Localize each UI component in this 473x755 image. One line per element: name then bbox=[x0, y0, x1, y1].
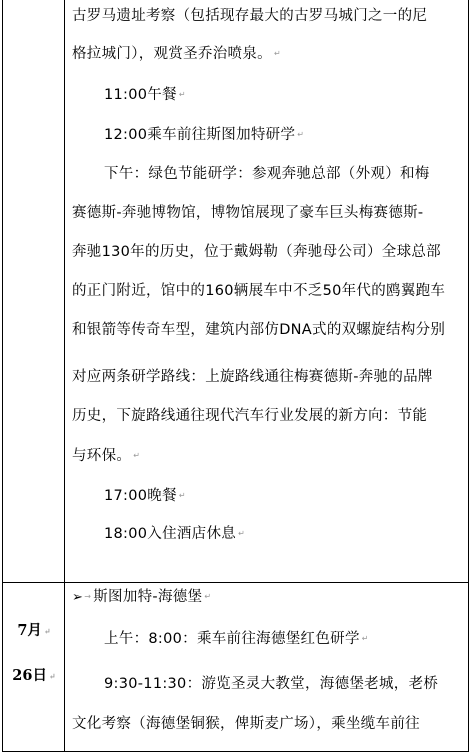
text-line: 历史，下旋路线通往现代汽车行业发展的新方向：节能 bbox=[72, 407, 427, 425]
paragraph-mark-icon: ↵ bbox=[179, 491, 186, 500]
paragraph-mark-icon: ↵ bbox=[204, 592, 211, 601]
itinerary-content-cell: ➢→斯图加特-海德堡↵ 上午：8:00：乘车前往海德堡红色研学↵ 9:30-11… bbox=[66, 583, 468, 752]
itinerary-row-july-26: 7月↵ 26日↵ ➢→斯图加特-海德堡↵ 上午：8:00：乘车前往海德堡红色研学… bbox=[3, 582, 468, 752]
date-cell-empty bbox=[3, 0, 65, 582]
text-line-time-hotel: 18:00入住酒店休息↵ bbox=[104, 525, 245, 543]
date-month: 7月↵ bbox=[3, 622, 65, 640]
paragraph-mark-icon: ↵ bbox=[179, 90, 186, 99]
paragraph-mark-icon: ↵ bbox=[238, 529, 245, 538]
paragraph-mark-icon: ↵ bbox=[49, 671, 56, 681]
route-heading: ➢→斯图加特-海德堡↵ bbox=[72, 588, 211, 607]
text-line: 下午：绿色节能研学：参观奔驰总部（外观）和梅 bbox=[104, 165, 430, 183]
itinerary-row-day-previous: 古罗马遗址考察（包括现存最大的古罗马城门之一的尼 格拉城门），观赏圣乔治喷泉。↵… bbox=[3, 0, 468, 582]
text-line: 和银箭等传奇车型，建筑内部仿DNA式的双螺旋结构分别 bbox=[72, 321, 445, 339]
text-line-time-depart: 12:00乘车前往斯图加特研学↵ bbox=[104, 126, 304, 144]
text-line: 的正门附近，馆中的160辆展车中不乏50年代的鸥翼跑车 bbox=[72, 282, 445, 300]
text-line-time-dinner: 17:00晚餐↵ bbox=[104, 487, 186, 505]
date-day: 26日↵ bbox=[3, 667, 65, 685]
text-line: 奔驰130年的历史，位于戴姆勒（奔驰母公司）全球总部 bbox=[72, 243, 441, 261]
itinerary-content-cell: 古罗马遗址考察（包括现存最大的古罗马城门之一的尼 格拉城门），观赏圣乔治喷泉。↵… bbox=[66, 0, 468, 582]
tab-mark-icon: → bbox=[84, 592, 91, 601]
text-line: 对应两条研学路线：上旋路线通往梅赛德斯-奔驰的品牌 bbox=[72, 368, 433, 386]
paragraph-mark-icon: ↵ bbox=[274, 49, 281, 58]
paragraph-mark-icon: ↵ bbox=[362, 634, 369, 643]
text-line: 文化考察（海德堡铜猴，俾斯麦广场），乘坐缆车前往 bbox=[72, 715, 420, 733]
date-cell: 7月↵ 26日↵ bbox=[3, 583, 65, 752]
paragraph-mark-icon: ↵ bbox=[133, 451, 140, 460]
paragraph-mark-icon: ↵ bbox=[44, 626, 51, 636]
text-line: 9:30-11:30：游览圣灵大教堂，海德堡老城，老桥 bbox=[104, 675, 438, 693]
itinerary-table: 古罗马遗址考察（包括现存最大的古罗马城门之一的尼 格拉城门），观赏圣乔治喷泉。↵… bbox=[2, 0, 469, 752]
text-line: 赛德斯-奔驰博物馆，博物馆展现了豪车巨头梅赛德斯- bbox=[72, 204, 423, 222]
text-line: 格拉城门），观赏圣乔治喷泉。↵ bbox=[72, 45, 281, 63]
paragraph-mark-icon: ↵ bbox=[297, 130, 304, 139]
text-line: 与环保。↵ bbox=[72, 447, 140, 465]
arrow-bullet-icon: ➢ bbox=[72, 590, 83, 605]
text-line-time-lunch: 11:00午餐↵ bbox=[104, 86, 186, 104]
text-line: 古罗马遗址考察（包括现存最大的古罗马城门之一的尼 bbox=[72, 7, 427, 25]
text-line-morning: 上午：8:00：乘车前往海德堡红色研学↵ bbox=[104, 630, 369, 648]
